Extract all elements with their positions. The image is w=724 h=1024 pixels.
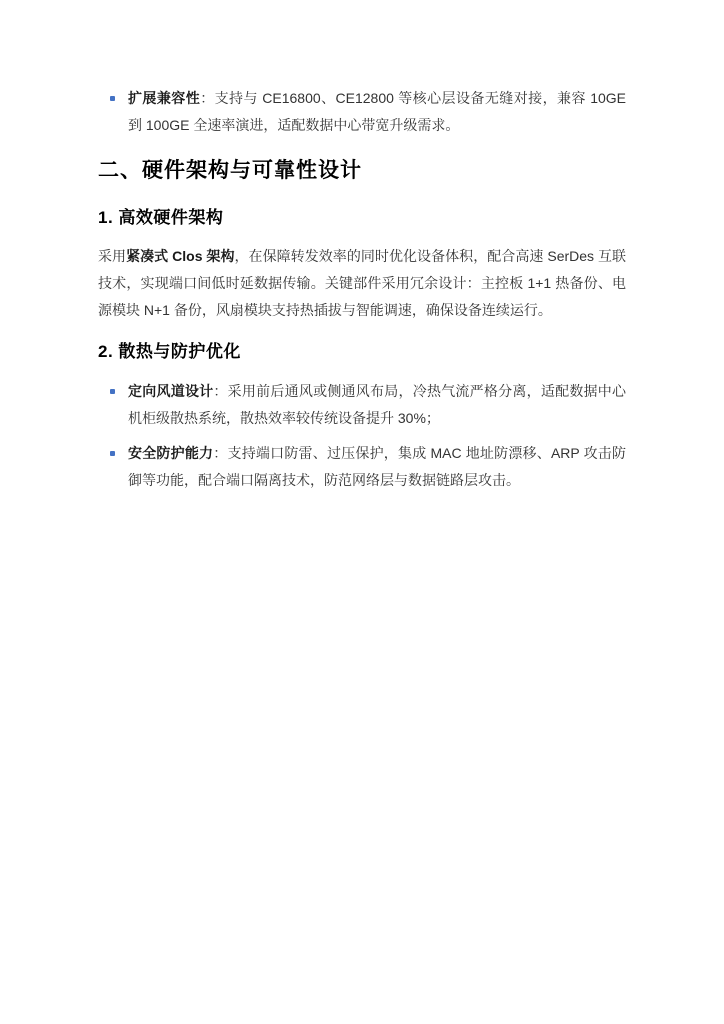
subsection-2-bullet-list: 定向风道设计：采用前后通风或侧通风布局，冷热气流严格分离，适配数据中心机柜级散热… xyxy=(98,378,626,494)
subsection-2-heading: 2. 散热与防护优化 xyxy=(98,339,626,365)
bullet-separator: ： xyxy=(213,383,227,399)
paragraph-run-bold: 紧凑式 Clos 架构 xyxy=(126,248,234,264)
bullet-label: 定向风道设计 xyxy=(128,383,213,399)
list-item: 扩展兼容性：支持与 CE16800、CE12800 等核心层设备无缝对接，兼容 … xyxy=(98,85,626,139)
bullet-dot-icon xyxy=(110,451,115,456)
list-item: 安全防护能力：支持端口防雷、过压保护，集成 MAC 地址防漂移、ARP 攻击防御… xyxy=(98,440,626,494)
paragraph-run-normal: 采用 xyxy=(98,248,126,264)
bullet-marker-column xyxy=(98,440,128,456)
bullet-text: 定向风道设计：采用前后通风或侧通风布局，冷热气流严格分离，适配数据中心机柜级散热… xyxy=(128,378,626,432)
section-heading: 二、硬件架构与可靠性设计 xyxy=(98,156,626,186)
bullet-label: 安全防护能力 xyxy=(128,445,213,461)
bullet-separator: ： xyxy=(213,445,227,461)
intro-bullet-list: 扩展兼容性：支持与 CE16800、CE12800 等核心层设备无缝对接，兼容 … xyxy=(98,85,626,139)
subsection-1-paragraph: 采用紧凑式 Clos 架构，在保障转发效率的同时优化设备体积，配合高速 SerD… xyxy=(98,243,626,324)
bullet-text: 安全防护能力：支持端口防雷、过压保护，集成 MAC 地址防漂移、ARP 攻击防御… xyxy=(128,440,626,494)
subsection-1-heading: 1. 高效硬件架构 xyxy=(98,205,626,231)
bullet-label: 扩展兼容性 xyxy=(128,90,200,106)
bullet-separator: ： xyxy=(200,90,214,106)
bullet-marker-column xyxy=(98,378,128,394)
list-item: 定向风道设计：采用前后通风或侧通风布局，冷热气流严格分离，适配数据中心机柜级散热… xyxy=(98,378,626,432)
bullet-dot-icon xyxy=(110,96,115,101)
bullet-dot-icon xyxy=(110,389,115,394)
bullet-marker-column xyxy=(98,85,128,101)
bullet-text: 扩展兼容性：支持与 CE16800、CE12800 等核心层设备无缝对接，兼容 … xyxy=(128,85,626,139)
document-page: 扩展兼容性：支持与 CE16800、CE12800 等核心层设备无缝对接，兼容 … xyxy=(0,0,724,1024)
